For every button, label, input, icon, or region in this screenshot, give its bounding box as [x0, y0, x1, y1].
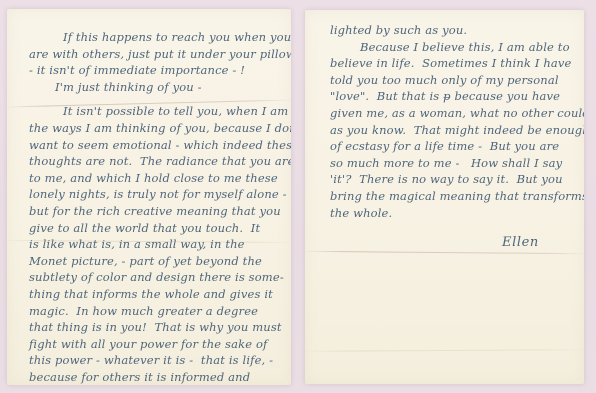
letter-line: It isn't possible to tell you, when I am… [63, 103, 279, 120]
letter-line: bring the magical meaning that transform… [330, 188, 574, 205]
letter-line: I'm just thinking of you - [55, 79, 279, 96]
letter-line: of ecstasy for a life time - But you are [330, 138, 574, 155]
letter-line: to me, and which I hold close to me thes… [29, 170, 279, 187]
letter-line: 'it'? There is no way to say it. But you [330, 171, 574, 188]
letter-line: believe in life. Sometimes I think I hav… [330, 55, 574, 72]
letter-line: Monet picture, - part of yet beyond the [29, 253, 279, 270]
letter-line: "love". But that is p̶ because you have [330, 88, 574, 105]
letter-line: as you know. That might indeed be enough [330, 122, 574, 139]
letter-page-2: lighted by such as you. Because I believ… [305, 10, 584, 384]
letter-line: thoughts are not. The radiance that you … [29, 153, 279, 170]
letter-line: but for the rich creative meaning that y… [29, 203, 279, 220]
letter-line: the ways I am thinking of you, because I… [29, 120, 279, 137]
letter-line: subtlety of color and design there is so… [29, 269, 279, 286]
letter-line: If this happens to reach you when you [63, 29, 279, 46]
fold-crease [305, 251, 584, 255]
letter-line: told you too much only of my personal [330, 72, 574, 89]
letter-line: are with others, just put it under your … [29, 46, 279, 63]
letter-line: lighted by such as you. [330, 22, 574, 39]
letter-line: magic. In how much greater a degree [29, 303, 279, 320]
letter-line: Because I believe this, I am able to [360, 39, 574, 56]
letter-line: fight with all your power for the sake o… [29, 336, 279, 353]
letter-line: the whole. [330, 205, 574, 222]
letter-line: thing that informs the whole and gives i… [29, 286, 279, 303]
letter-line: give to all the world that you touch. It [29, 220, 279, 237]
letter-line: because for others it is informed and [29, 369, 279, 385]
signature: Ellen [502, 235, 574, 250]
letter-line: - it isn't of immediate importance - ! [29, 62, 279, 79]
letter-line: that thing is in you! That is why you mu… [29, 319, 279, 336]
letter-line: given me, as a woman, what no other coul… [330, 105, 574, 122]
fold-crease [305, 349, 584, 352]
letter-line: want to seem emotional - which indeed th… [29, 137, 279, 154]
letter-line: this power - whatever it is - that is li… [29, 352, 279, 369]
scanned-handwritten-letter: If this happens to reach you when you ar… [0, 0, 596, 393]
letter-page-1: If this happens to reach you when you ar… [7, 9, 291, 385]
letter-line: so much more to me - How shall I say [330, 155, 574, 172]
letter-line: lonely nights, is truly not for myself a… [29, 186, 279, 203]
letter-line: is like what is, in a small way, in the [29, 236, 279, 253]
